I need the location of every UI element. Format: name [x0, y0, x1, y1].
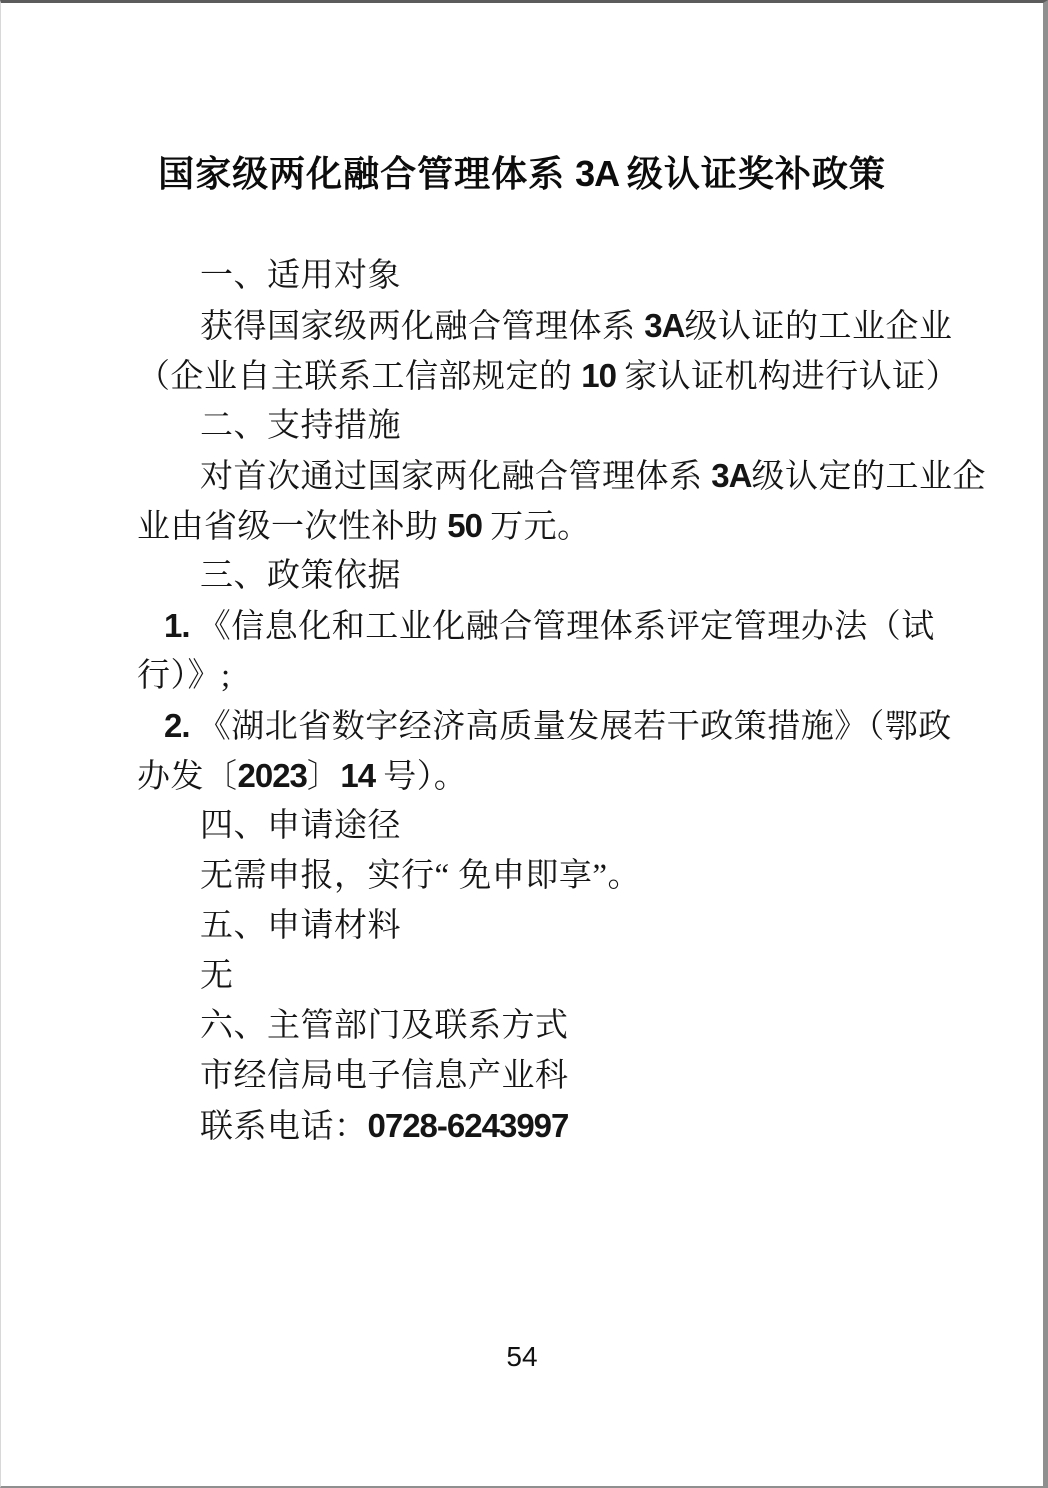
section-3-item-2-line-2: 办发〔2023〕14 号）。 [137, 751, 1013, 801]
page-number: 54 [1, 1341, 1043, 1373]
section-1-body-line-2: （企业自主联系工信部规定的 10 家认证机构进行认证） [137, 351, 1013, 401]
section-6-heading: 六、主管部门及联系方式 [137, 1001, 1013, 1051]
section-2-body-line-2: 业由省级一次性补助 50 万元。 [137, 501, 1013, 551]
document-title: 国家级两化融合管理体系 3A 级认证奖补政策 [1, 151, 1043, 197]
section-3-item-1-line-1: 1. 《信息化和工业化融合管理体系评定管理办法（试 [137, 601, 1013, 651]
section-3-item-1-line-2: 行）》; [137, 651, 1013, 701]
section-1-heading: 一、适用对象 [137, 251, 1013, 301]
section-1-body-line-1: 获得国家级两化融合管理体系 3A级认证的工业企业 [137, 301, 1013, 351]
section-2-body-line-1: 对首次通过国家两化融合管理体系 3A级认定的工业企 [137, 451, 1013, 501]
section-4-body: 无需申报，实行“ 免申即享”。 [137, 851, 1013, 901]
section-4-heading: 四、申请途径 [137, 801, 1013, 851]
section-3-item-2-line-1: 2. 《湖北省数字经济高质量发展若干政策措施》（鄂政 [137, 701, 1013, 751]
section-5-body: 无 [137, 951, 1013, 1001]
document-body: 一、适用对象 获得国家级两化融合管理体系 3A级认证的工业企业 （企业自主联系工… [1, 251, 1043, 1151]
section-5-heading: 五、申请材料 [137, 901, 1013, 951]
document-page: 国家级两化融合管理体系 3A 级认证奖补政策 一、适用对象 获得国家级两化融合管… [0, 0, 1048, 1488]
section-6-body-line-1: 市经信局电子信息产业科 [137, 1051, 1013, 1101]
section-2-heading: 二、支持措施 [137, 401, 1013, 451]
section-6-body-line-2: 联系电话：0728-6243997 [137, 1101, 1013, 1151]
section-3-heading: 三、政策依据 [137, 551, 1013, 601]
